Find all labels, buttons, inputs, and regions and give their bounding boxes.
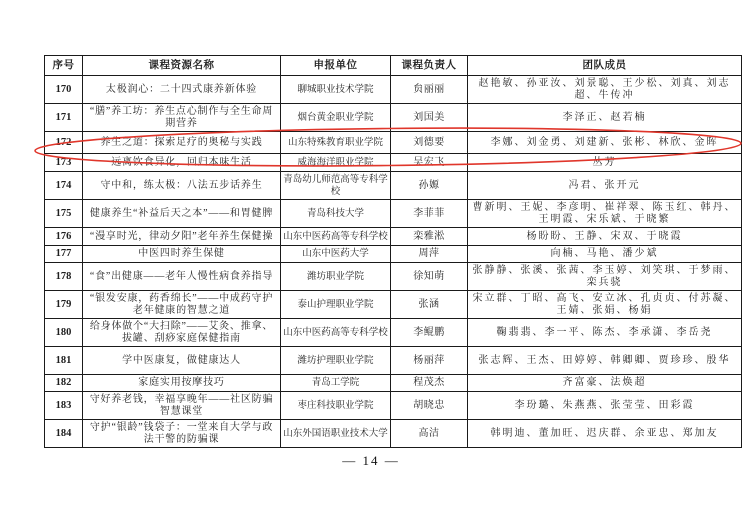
cell-course-leader: 张涵 [391,291,468,319]
cell-team-members: 鞠翡翡、李一平、陈杰、李承潇、李岳尧 [468,319,742,347]
cell-row-number: 180 [45,319,83,347]
cell-course-leader: 李鲲鹏 [391,319,468,347]
cell-applicant-unit: 山东中医药大学 [281,246,391,263]
cell-team-members: 丛芳 [468,154,742,172]
cell-course-name: 守中和，练太极：八法五步话养生 [83,172,281,200]
table-row: 172养生之道：探索足疗的奥秘与实践山东特殊教育职业学院刘德要李娜、刘金勇、刘建… [45,132,742,154]
table-row: 182家庭实用按摩技巧青岛工学院程茂杰齐富豪、法焕超 [45,375,742,392]
cell-course-name: 远离饮食异化，回归本味生活 [83,154,281,172]
cell-course-name: “银发安康，药香绵长”——中成药守护老年健康的智慧之道 [83,291,281,319]
cell-course-leader: 胡晓忠 [391,392,468,420]
cell-team-members: 张志辉、王杰、田婷婷、韩卿卿、贾珍珍、殷华 [468,347,742,375]
header-unit: 申报单位 [281,56,391,76]
cell-course-leader: 周萍 [391,246,468,263]
cell-row-number: 172 [45,132,83,154]
cell-course-leader: 程茂杰 [391,375,468,392]
cell-applicant-unit: 青岛科技大学 [281,200,391,228]
table-row: 171“膳”养工坊：养生点心制作与全生命周期营养烟台黄金职业学院刘国美李泽正、赵… [45,104,742,132]
cell-course-leader: 栾雅淞 [391,228,468,246]
cell-row-number: 177 [45,246,83,263]
cell-row-number: 176 [45,228,83,246]
cell-applicant-unit: 聊城职业技术学院 [281,76,391,104]
header-name: 课程资源名称 [83,56,281,76]
cell-course-leader: 杨丽萍 [391,347,468,375]
cell-course-name: 太极润心：二十四式康养新体验 [83,76,281,104]
cell-applicant-unit: 泰山护理职业学院 [281,291,391,319]
header-team: 团队成员 [468,56,742,76]
table-row: 175健康养生“补益后天之本”——和胃健脾青岛科技大学李菲菲曹新明、王妮、李彦明… [45,200,742,228]
table-row: 181学中医康复，做健康达人潍坊护理职业学院杨丽萍张志辉、王杰、田婷婷、韩卿卿、… [45,347,742,375]
table-body: 170太极润心：二十四式康养新体验聊城职业技术学院贠丽丽赵艳敏、孙亚汝、刘景聪、… [45,76,742,448]
cell-row-number: 173 [45,154,83,172]
cell-course-name: 家庭实用按摩技巧 [83,375,281,392]
cell-row-number: 175 [45,200,83,228]
cell-row-number: 170 [45,76,83,104]
cell-team-members: 曹新明、王妮、李彦明、崔祥翠、陈玉红、韩丹、王明霞、宋乐斌、于晓繁 [468,200,742,228]
cell-course-name: 守护“银龄”钱袋子：一堂来自大学与政法干警的防骗课 [83,420,281,448]
table-row: 177中医四时养生保健山东中医药大学周萍向楠、马艳、潘少斌 [45,246,742,263]
cell-team-members: 李玢璐、朱燕燕、张莹莹、田彩霞 [468,392,742,420]
cell-course-leader: 高洁 [391,420,468,448]
cell-team-members: 李泽正、赵若楠 [468,104,742,132]
cell-team-members: 宋立群、丁昭、高飞、安立冰、孔贞贞、付苏凝、王婧、张娟、杨娟 [468,291,742,319]
cell-course-leader: 徐知萌 [391,263,468,291]
cell-applicant-unit: 威海海洋职业学院 [281,154,391,172]
cell-team-members: 赵艳敏、孙亚汝、刘景聪、王少松、刘真、刘志超、牛传冲 [468,76,742,104]
document-page: 序号 课程资源名称 申报单位 课程负责人 团队成员 170太极润心：二十四式康养… [0,0,742,516]
cell-applicant-unit: 山东特殊教育职业学院 [281,132,391,154]
table-header: 序号 课程资源名称 申报单位 课程负责人 团队成员 [45,56,742,76]
cell-course-leader: 李菲菲 [391,200,468,228]
cell-course-name: “膳”养工坊：养生点心制作与全生命周期营养 [83,104,281,132]
cell-row-number: 181 [45,347,83,375]
header-row: 序号 课程资源名称 申报单位 课程负责人 团队成员 [45,56,742,76]
cell-course-leader: 吴宏飞 [391,154,468,172]
cell-course-name: 中医四时养生保健 [83,246,281,263]
cell-course-name: 健康养生“补益后天之本”——和胃健脾 [83,200,281,228]
cell-team-members: 杨盼盼、王静、宋双、于晓霞 [468,228,742,246]
cell-course-name: 养生之道：探索足疗的奥秘与实践 [83,132,281,154]
cell-row-number: 178 [45,263,83,291]
cell-row-number: 179 [45,291,83,319]
table-row: 173远离饮食异化，回归本味生活威海海洋职业学院吴宏飞丛芳 [45,154,742,172]
table-row: 180给身体做个“大扫除”——艾灸、推拿、拔罐、刮痧家庭保健指南山东中医药高等专… [45,319,742,347]
cell-applicant-unit: 山东中医药高等专科学校 [281,319,391,347]
course-resource-table: 序号 课程资源名称 申报单位 课程负责人 团队成员 170太极润心：二十四式康养… [44,55,742,448]
cell-applicant-unit: 青岛幼儿师范高等专科学校 [281,172,391,200]
cell-team-members: 张静静、张溪、张茜、李玉婷、刘笑琪、于梦雨、栾兵骁 [468,263,742,291]
header-no: 序号 [45,56,83,76]
table-row: 170太极润心：二十四式康养新体验聊城职业技术学院贠丽丽赵艳敏、孙亚汝、刘景聪、… [45,76,742,104]
page-number: — 14 — [0,453,742,469]
cell-course-name: 守好养老钱，幸福享晚年——社区防骗智慧课堂 [83,392,281,420]
cell-course-name: “漫享时光，律动夕阳”老年养生保健操 [83,228,281,246]
cell-team-members: 冯君、张开元 [468,172,742,200]
header-leader: 课程负责人 [391,56,468,76]
cell-team-members: 齐富豪、法焕超 [468,375,742,392]
cell-course-name: 学中医康复，做健康达人 [83,347,281,375]
table-row: 184守护“银龄”钱袋子：一堂来自大学与政法干警的防骗课山东外国语职业技术大学高… [45,420,742,448]
cell-row-number: 182 [45,375,83,392]
cell-applicant-unit: 潍坊护理职业学院 [281,347,391,375]
table-row: 178“食”出健康——老年人慢性病食养指导潍坊职业学院徐知萌张静静、张溪、张茜、… [45,263,742,291]
cell-row-number: 183 [45,392,83,420]
table-row: 174守中和，练太极：八法五步话养生青岛幼儿师范高等专科学校孙嫄冯君、张开元 [45,172,742,200]
cell-applicant-unit: 烟台黄金职业学院 [281,104,391,132]
table-row: 179“银发安康，药香绵长”——中成药守护老年健康的智慧之道泰山护理职业学院张涵… [45,291,742,319]
cell-row-number: 174 [45,172,83,200]
table-row: 183守好养老钱，幸福享晚年——社区防骗智慧课堂枣庄科技职业学院胡晓忠李玢璐、朱… [45,392,742,420]
cell-course-leader: 孙嫄 [391,172,468,200]
cell-applicant-unit: 枣庄科技职业学院 [281,392,391,420]
cell-course-leader: 贠丽丽 [391,76,468,104]
cell-team-members: 向楠、马艳、潘少斌 [468,246,742,263]
cell-row-number: 184 [45,420,83,448]
cell-course-leader: 刘德要 [391,132,468,154]
cell-course-name: 给身体做个“大扫除”——艾灸、推拿、拔罐、刮痧家庭保健指南 [83,319,281,347]
cell-applicant-unit: 潍坊职业学院 [281,263,391,291]
cell-applicant-unit: 青岛工学院 [281,375,391,392]
cell-applicant-unit: 山东外国语职业技术大学 [281,420,391,448]
cell-team-members: 李娜、刘金勇、刘建新、张彬、林欣、金晖 [468,132,742,154]
cell-applicant-unit: 山东中医药高等专科学校 [281,228,391,246]
cell-row-number: 171 [45,104,83,132]
cell-course-name: “食”出健康——老年人慢性病食养指导 [83,263,281,291]
cell-team-members: 韩明迪、董加旺、迟庆群、余亚忠、郑加友 [468,420,742,448]
cell-course-leader: 刘国美 [391,104,468,132]
table-row: 176“漫享时光，律动夕阳”老年养生保健操山东中医药高等专科学校栾雅淞杨盼盼、王… [45,228,742,246]
